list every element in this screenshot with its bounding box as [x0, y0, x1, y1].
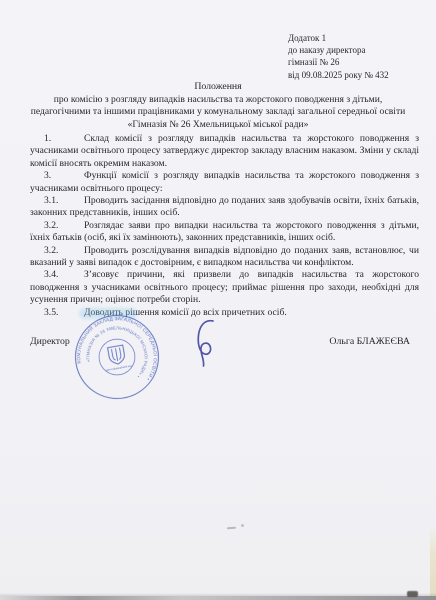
paragraph-number: 3.5.: [44, 307, 84, 319]
paragraph: 3.2.Розглядає заяви про випадки насильст…: [30, 220, 419, 245]
annex-line: від 09.08.2025 року № 432: [288, 69, 389, 81]
paragraph-number: 3.2.: [44, 245, 84, 257]
scan-pencil-mark: [227, 527, 236, 530]
paragraph-number: 3.2.: [44, 220, 84, 232]
trident-icon: [108, 345, 126, 365]
document-subtitle: про комісію з розгляду випадків насильст…: [26, 94, 410, 131]
signature-ink-icon: [183, 318, 225, 370]
scan-pencil-dot: [241, 524, 244, 527]
official-stamp-icon: КОМУНАЛЬНИЙ ЗАКЛАД ЗАГАЛЬНОЇ СЕРЕДНЬОЇ О…: [67, 307, 167, 407]
paragraph: 3.2.Проводить розслідування випадків від…: [30, 245, 419, 270]
paragraph-text: Функції комісії з розгляду випадків наси…: [30, 170, 419, 193]
scanned-document-page: Додаток 1 до наказу директора гімназії №…: [0, 0, 436, 600]
annex-line: гімназії № 26: [288, 56, 389, 68]
paragraph-number: 3.4.: [44, 269, 84, 281]
signer-name: Ольга БЛАЖЕЄВА: [329, 336, 410, 347]
annex-line: до наказу директора: [288, 44, 389, 56]
paragraph-number: 3.: [44, 170, 84, 182]
paragraph-text: Склад комісії з розгляду випадків насиль…: [30, 133, 419, 169]
annex-header: Додаток 1 до наказу директора гімназії №…: [288, 32, 389, 81]
paragraph: 1.Склад комісії з розгляду випадків наси…: [30, 133, 419, 170]
paragraph-number: 1.: [44, 133, 84, 145]
paragraph: 3.4.З’ясовує причини, які призвели до ви…: [30, 269, 419, 306]
document-body: 1.Склад комісії з розгляду випадків наси…: [30, 133, 419, 319]
paragraph-number: 3.1.: [44, 195, 84, 207]
paragraph-text: Проводить засідання відповідно до подани…: [30, 195, 419, 218]
paragraph-text: Проводить розслідування випадків відпові…: [30, 245, 419, 268]
scan-paper-bottom-edge: [0, 596, 436, 600]
signer-position-label: Директор: [30, 336, 70, 347]
scan-paper-right-edge: [430, 525, 436, 600]
paragraph: 3.Функції комісії з розгляду випадків на…: [30, 170, 419, 195]
paragraph-text: Розглядає заяви про випадки насильства т…: [30, 220, 419, 243]
scan-dark-blotch: [407, 591, 418, 597]
document-title: Положення: [0, 81, 436, 92]
paragraph-text: З’ясовує причини, які призвели до випадк…: [30, 269, 419, 305]
paragraph: 3.1.Проводить засідання відповідно до по…: [30, 195, 419, 220]
annex-line: Додаток 1: [288, 32, 389, 44]
